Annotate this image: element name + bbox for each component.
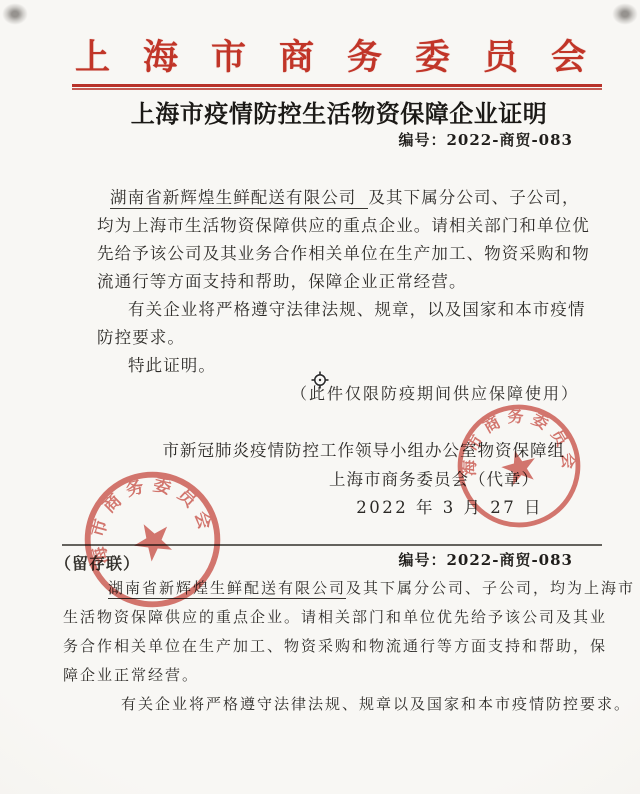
signature-org-line-2: 上海市商务委员会（代章） — [329, 466, 539, 490]
body-line-4: 流通行等方面支持和帮助，保障企业正常经营。 — [97, 268, 467, 292]
stub-line-1: 湖南省新辉煌生鲜配送有限公司及其下属分公司、子公司，均为上海市 — [108, 577, 635, 598]
signature-date: 2022 年 3 月 27 日 — [356, 494, 543, 518]
body-line-2: 均为上海市生活物资保障供应的重点企业。请相关部门和单位优 — [97, 212, 590, 236]
body-closing: 特此证明。 — [128, 352, 216, 376]
certificate-title: 上海市疫情防控生活物资保障企业证明 — [19, 94, 640, 129]
stub-line-1-rest: 及其下属分公司、子公司，均为上海市 — [346, 579, 635, 597]
body-line-1: 湖南省新辉煌生鲜配送有限公司及其下属分公司、子公司， — [110, 184, 580, 208]
certificate-number: 编号：2022-商贸-083 — [398, 129, 573, 150]
company-name: 湖南省新辉煌生鲜配送有限公司 — [110, 188, 368, 209]
stub-line-4: 障企业正常经营。 — [63, 664, 199, 685]
stub-line-2: 生活物资保障供应的重点企业。请相关部门和单位优先给予该公司及其业 — [63, 606, 607, 627]
stub-copy-label: （留存联） — [55, 551, 140, 574]
usage-note: （此件仅限防疫期间供应保障使用） — [291, 381, 579, 404]
agency-letterhead: 上海市商务委员会 — [27, 30, 640, 80]
body-line-3: 先给予该公司及其业务合作相关单位在生产加工、物资采购和物 — [97, 240, 590, 264]
document-page: 上海市商务委员会 上海市疫情防控生活物资保障企业证明 编号：2022-商贸-08… — [0, 0, 640, 794]
body-para2-line-1: 有关企业将严格遵守法律法规、规章，以及国家和本市疫情 — [128, 296, 586, 320]
scan-artifact-top-right — [612, 3, 638, 25]
body-line-1-rest: 及其下属分公司、子公司， — [368, 188, 579, 207]
signature-org-line-1: 市新冠肺炎疫情防控工作领导小组办公室物资保障组 — [163, 437, 566, 461]
crosshair-cursor-icon — [311, 371, 329, 389]
stub-company-name: 湖南省新辉煌生鲜配送有限公司 — [108, 579, 346, 599]
stub-divider — [62, 544, 602, 546]
stub-certificate-number: 编号：2022-商贸-083 — [398, 549, 573, 570]
stub-line-3: 务合作相关单位在生产加工、物资采购和物流通行等方面支持和帮助，保 — [63, 635, 607, 656]
stub-para2: 有关企业将严格遵守法律法规、规章以及国家和本市疫情防控要求。 — [121, 693, 631, 714]
letterhead-rule — [72, 84, 602, 90]
scan-artifact-top-left — [2, 3, 28, 25]
body-para2-line-2: 防控要求。 — [97, 324, 185, 348]
